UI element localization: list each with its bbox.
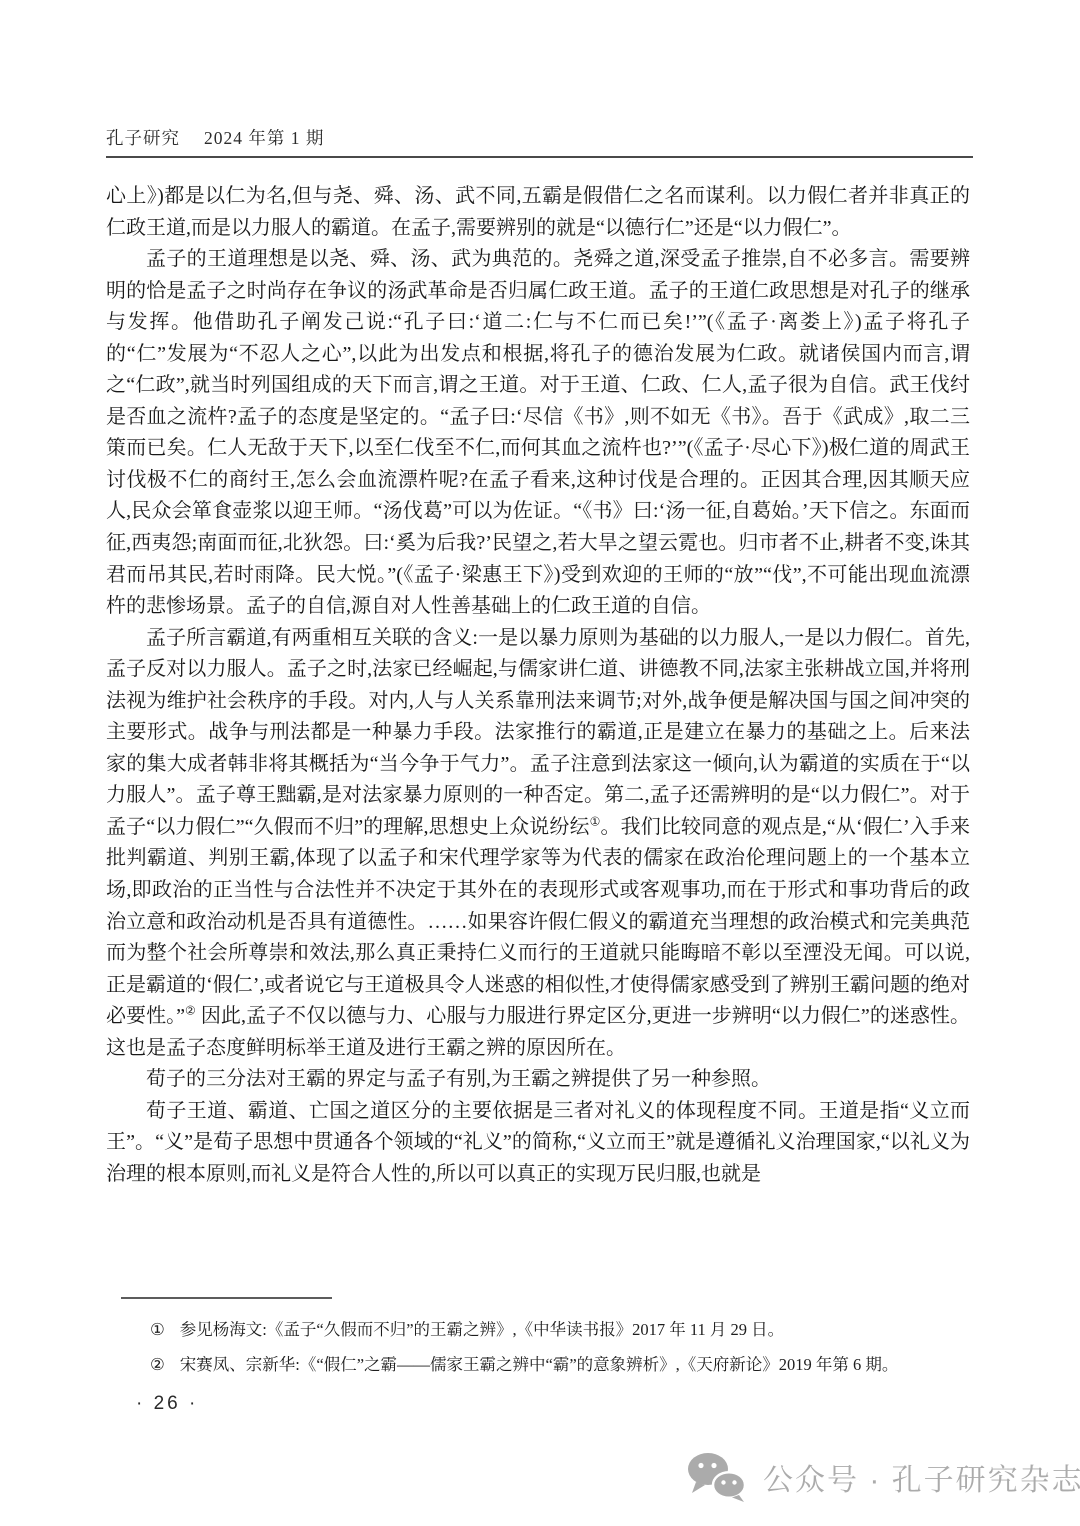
footnote-marker: ① [150, 1320, 165, 1339]
footnote-ref-2: ② [185, 1004, 196, 1018]
wechat-icon [686, 1452, 750, 1502]
footnote-marker: ② [150, 1355, 165, 1374]
issue-info: 2024 年第 1 期 [204, 128, 324, 148]
footnote-separator [121, 1297, 332, 1299]
footnotes: ①参见杨海文:《孟子“久假而不归”的王霸之辨》,《中华读书报》2017 年 11… [106, 1312, 972, 1382]
footnote-ref-1: ① [590, 814, 601, 828]
header-rule [106, 156, 973, 158]
paragraph: 孟子的王道理想是以尧、舜、汤、武为典范的。尧舜之道,深受孟子推崇,自不必多言。需… [106, 244, 970, 623]
journal-title: 孔子研究 [106, 128, 180, 148]
article-body: 心上》)都是以仁为名,但与尧、舜、汤、武不同,五霸是假借仁之名而谋利。以力假仁者… [106, 181, 970, 1191]
paragraph-continuation: 心上》)都是以仁为名,但与尧、舜、汤、武不同,五霸是假借仁之名而谋利。以力假仁者… [106, 181, 970, 244]
footnote-1: ①参见杨海文:《孟子“久假而不归”的王霸之辨》,《中华读书报》2017 年 11… [106, 1312, 972, 1347]
paragraph: 荀子的三分法对王霸的界定与孟子有别,为王霸之辨提供了另一种参照。 [106, 1064, 970, 1096]
journal-page: 孔子研究2024 年第 1 期 心上》)都是以仁为名,但与尧、舜、汤、武不同,五… [0, 0, 1080, 1526]
paragraph: 荀子王道、霸道、亡国之道区分的主要依据是三者对礼义的体现程度不同。王道是指“义立… [106, 1096, 970, 1191]
footnote-2: ②宋赛凤、宗新华:《“假仁”之霸——儒家王霸之辨中“霸”的意象辨析》,《天府新论… [106, 1347, 972, 1382]
footnote-text: 宋赛凤、宗新华:《“假仁”之霸——儒家王霸之辨中“霸”的意象辨析》,《天府新论》… [180, 1355, 899, 1374]
paragraph-text: 孟子所言霸道,有两重相互关联的含义:一是以暴力原则为基础的以力服人,一是以力假仁… [106, 627, 970, 838]
paragraph: 孟子所言霸道,有两重相互关联的含义:一是以暴力原则为基础的以力服人,一是以力假仁… [106, 623, 970, 1065]
watermark-text: 公众号 · 孔子研究杂志 [763, 1455, 1080, 1499]
watermark: 公众号 · 孔子研究杂志 [686, 1452, 1080, 1502]
paragraph-text: 因此,孟子不仅以德与力、心服与力服进行界定区分,更进一步辨明“以力假仁”的迷惑性… [106, 1005, 970, 1059]
footnote-text: 参见杨海文:《孟子“久假而不归”的王霸之辨》,《中华读书报》2017 年 11 … [180, 1320, 784, 1339]
page-number: · 26 · [136, 1393, 198, 1415]
page-header: 孔子研究2024 年第 1 期 [106, 125, 324, 150]
paragraph-text: 。我们比较同意的观点是,“从‘假仁’入手来批判霸道、判别王霸,体现了以孟子和宋代… [106, 816, 970, 1027]
